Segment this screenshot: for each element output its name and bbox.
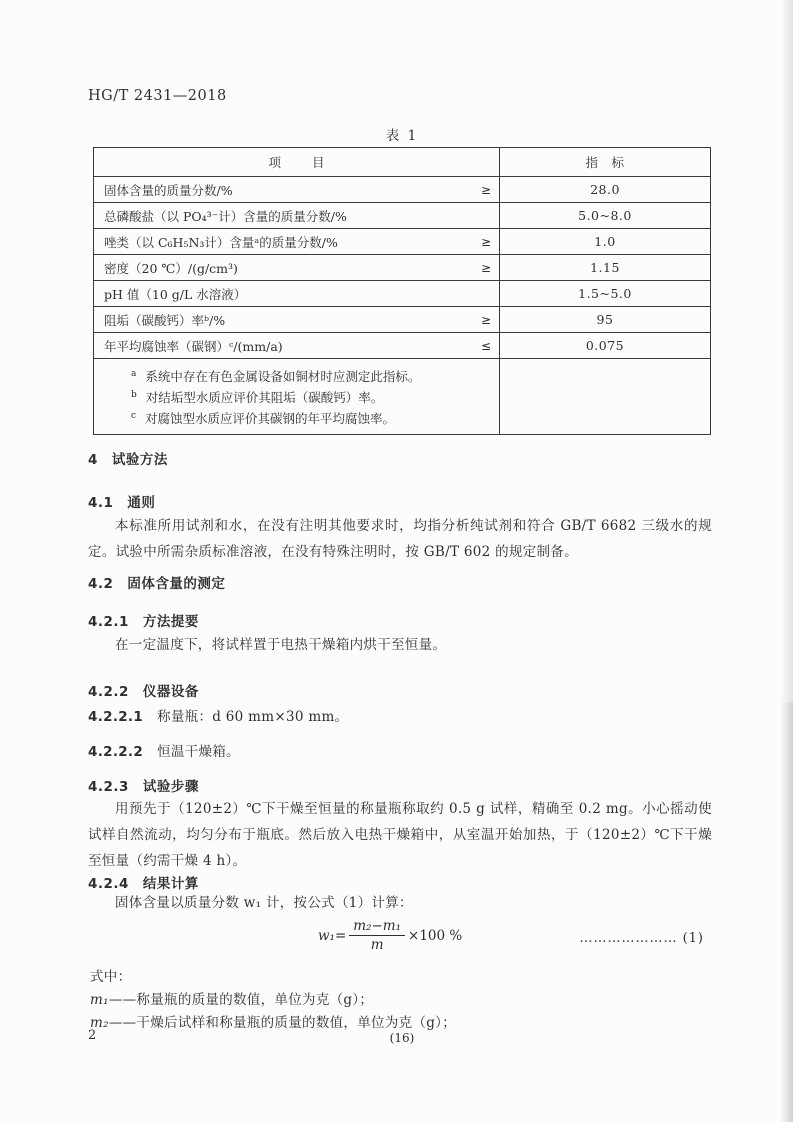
clause-4-2-2-1: 4.2.2.1称量瓶：d 60 mm×30 mm。 — [88, 705, 712, 725]
formula-dots-label: ………………… (1) — [579, 931, 704, 946]
document-page: HG/T 2431—2018 表 1 项 目 指 标 固体含量的质量分数/%≥ … — [0, 0, 793, 1122]
heading-4-2-1: 4.2.1 方法提要 — [88, 610, 712, 630]
table-row: 密度（20 ℃）/(g/cm³)≥ 1.15 — [94, 255, 710, 281]
row-item-label: 总磷酸盐（以 PO₄³⁻计）含量的质量分数/% — [104, 207, 347, 225]
table-header-row: 项 目 指 标 — [94, 148, 710, 177]
header-value-cell: 指 标 — [500, 148, 710, 176]
row-item-label: 固体含量的质量分数/% — [104, 181, 233, 199]
header-item-cell: 项 目 — [94, 148, 500, 176]
table-row: 总磷酸盐（以 PO₄³⁻计）含量的质量分数/% 5.0~8.0 — [94, 203, 710, 229]
heading-4-2-4: 4.2.4 结果计算 — [88, 872, 712, 892]
formula-1: w₁ = m₂−m₁ m ×100 % — [318, 918, 462, 953]
footnote-text: 对腐蚀型水质应评价其碳钢的年平均腐蚀率。 — [145, 411, 395, 426]
heading-4-2-2: 4.2.2 仪器设备 — [88, 680, 712, 700]
paragraph-4-2-3: 用预先于（120±2）℃下干燥至恒量的称量瓶称取约 0.5 g 试样，精确至 0… — [88, 796, 712, 874]
clause-4-2-2-2: 4.2.2.2恒温干燥箱。 — [88, 740, 712, 760]
formula-denominator: m — [349, 936, 405, 953]
standard-code: HG/T 2431—2018 — [88, 88, 227, 104]
row-value: 95 — [500, 307, 710, 332]
formula-tail: ×100 % — [408, 928, 462, 944]
table-row: pH 值（10 g/L 水溶液） 1.5~5.0 — [94, 281, 710, 307]
footnote-marker: b — [131, 390, 137, 400]
formula-numerator: m₂−m₁ — [349, 918, 405, 936]
definition-text: ——称量瓶的质量的数值，单位为克（g）； — [109, 992, 373, 1008]
row-value: 1.0 — [500, 229, 710, 254]
row-comparator: ≥ — [481, 313, 491, 327]
heading-4: 4 试验方法 — [88, 448, 712, 468]
footnote-b: b对结垢型水质应评价其阻垢（碳酸钙）率。 — [94, 386, 491, 407]
row-value: 28.0 — [500, 177, 710, 202]
formula-dots: ………………… — [579, 931, 677, 946]
footnote-text: 对结垢型水质应评价其阻垢（碳酸钙）率。 — [146, 390, 384, 405]
row-value: 1.15 — [500, 255, 710, 280]
spec-table: 项 目 指 标 固体含量的质量分数/%≥ 28.0 总磷酸盐（以 PO₄³⁻计）… — [93, 147, 711, 435]
clause-number: 4.2.2.1 — [88, 709, 143, 725]
formula-equals: = — [335, 928, 346, 944]
paragraph-4-2-1: 在一定温度下，将试样置于电热干燥箱内烘干至恒量。 — [88, 635, 712, 655]
formula-lhs: w₁ — [318, 928, 335, 944]
footnote-c: c对腐蚀型水质应评价其碳钢的年平均腐蚀率。 — [94, 407, 491, 428]
formula-fraction: m₂−m₁ m — [349, 918, 405, 953]
table-row: 阻垢（碳酸钙）率ᵇ/%≥ 95 — [94, 307, 710, 333]
footnote-a: a系统中存在有色金属设备如铜材时应测定此指标。 — [94, 365, 491, 386]
footer-center-number: (16) — [93, 1031, 711, 1045]
clause-text: 称量瓶：d 60 mm×30 mm。 — [157, 709, 348, 725]
definition-m2: m₂——干燥后试样和称量瓶的质量的数值，单位为克（g）； — [90, 1011, 710, 1031]
definition-m1: m₁——称量瓶的质量的数值，单位为克（g）； — [90, 988, 710, 1008]
scan-edge-shadow-bottom — [780, 702, 793, 1122]
heading-4-2: 4.2 固体含量的测定 — [88, 572, 712, 592]
footnote-text: 系统中存在有色金属设备如铜材时应测定此指标。 — [145, 369, 420, 384]
row-value: 5.0~8.0 — [500, 203, 710, 228]
formula-number: (1) — [683, 931, 704, 946]
formula-row: w₁ = m₂−m₁ m ×100 % ………………… (1) — [88, 918, 712, 966]
footnote-marker: a — [131, 369, 136, 379]
definition-term: m₁ — [90, 992, 109, 1008]
table-row: 固体含量的质量分数/%≥ 28.0 — [94, 177, 710, 203]
table-footnotes-row: a系统中存在有色金属设备如铜材时应测定此指标。 b对结垢型水质应评价其阻垢（碳酸… — [94, 359, 710, 434]
row-comparator: ≥ — [481, 183, 491, 197]
definition-text: ——干燥后试样和称量瓶的质量的数值，单位为克（g）； — [109, 1015, 456, 1031]
row-comparator: ≥ — [481, 261, 491, 275]
row-value: 1.5~5.0 — [500, 281, 710, 306]
paragraph-4-2-4: 固体含量以质量分数 w₁ 计，按公式（1）计算： — [88, 893, 712, 913]
table-row: 年平均腐蚀率（碳钢）ᶜ/(mm/a)≤ 0.075 — [94, 333, 710, 359]
footnote-empty-cell — [500, 359, 710, 434]
row-item-label: 年平均腐蚀率（碳钢）ᶜ/(mm/a) — [104, 337, 283, 355]
clause-number: 4.2.2.2 — [88, 744, 143, 760]
row-comparator: ≥ — [481, 235, 491, 249]
row-item-label: 唑类（以 C₆H₅N₃计）含量ᵃ的质量分数/% — [104, 233, 338, 251]
clause-text: 恒温干燥箱。 — [157, 744, 240, 760]
table-caption: 表 1 — [93, 124, 711, 144]
row-item-label: 密度（20 ℃）/(g/cm³) — [104, 259, 238, 277]
where-label: 式中： — [90, 965, 710, 985]
heading-4-2-3: 4.2.3 试验步骤 — [88, 775, 712, 795]
row-item-label: pH 值（10 g/L 水溶液） — [104, 285, 246, 303]
paragraph-4-1: 本标准所用试剂和水，在没有注明其他要求时，均指分析纯试剂和符合 GB/T 668… — [88, 513, 712, 565]
footnote-marker: c — [131, 411, 136, 421]
row-item-label: 阻垢（碳酸钙）率ᵇ/% — [104, 311, 225, 329]
row-comparator: ≤ — [481, 339, 491, 353]
heading-4-1: 4.1 通则 — [88, 491, 712, 511]
row-value: 0.075 — [500, 333, 710, 358]
table-row: 唑类（以 C₆H₅N₃计）含量ᵃ的质量分数/%≥ 1.0 — [94, 229, 710, 255]
